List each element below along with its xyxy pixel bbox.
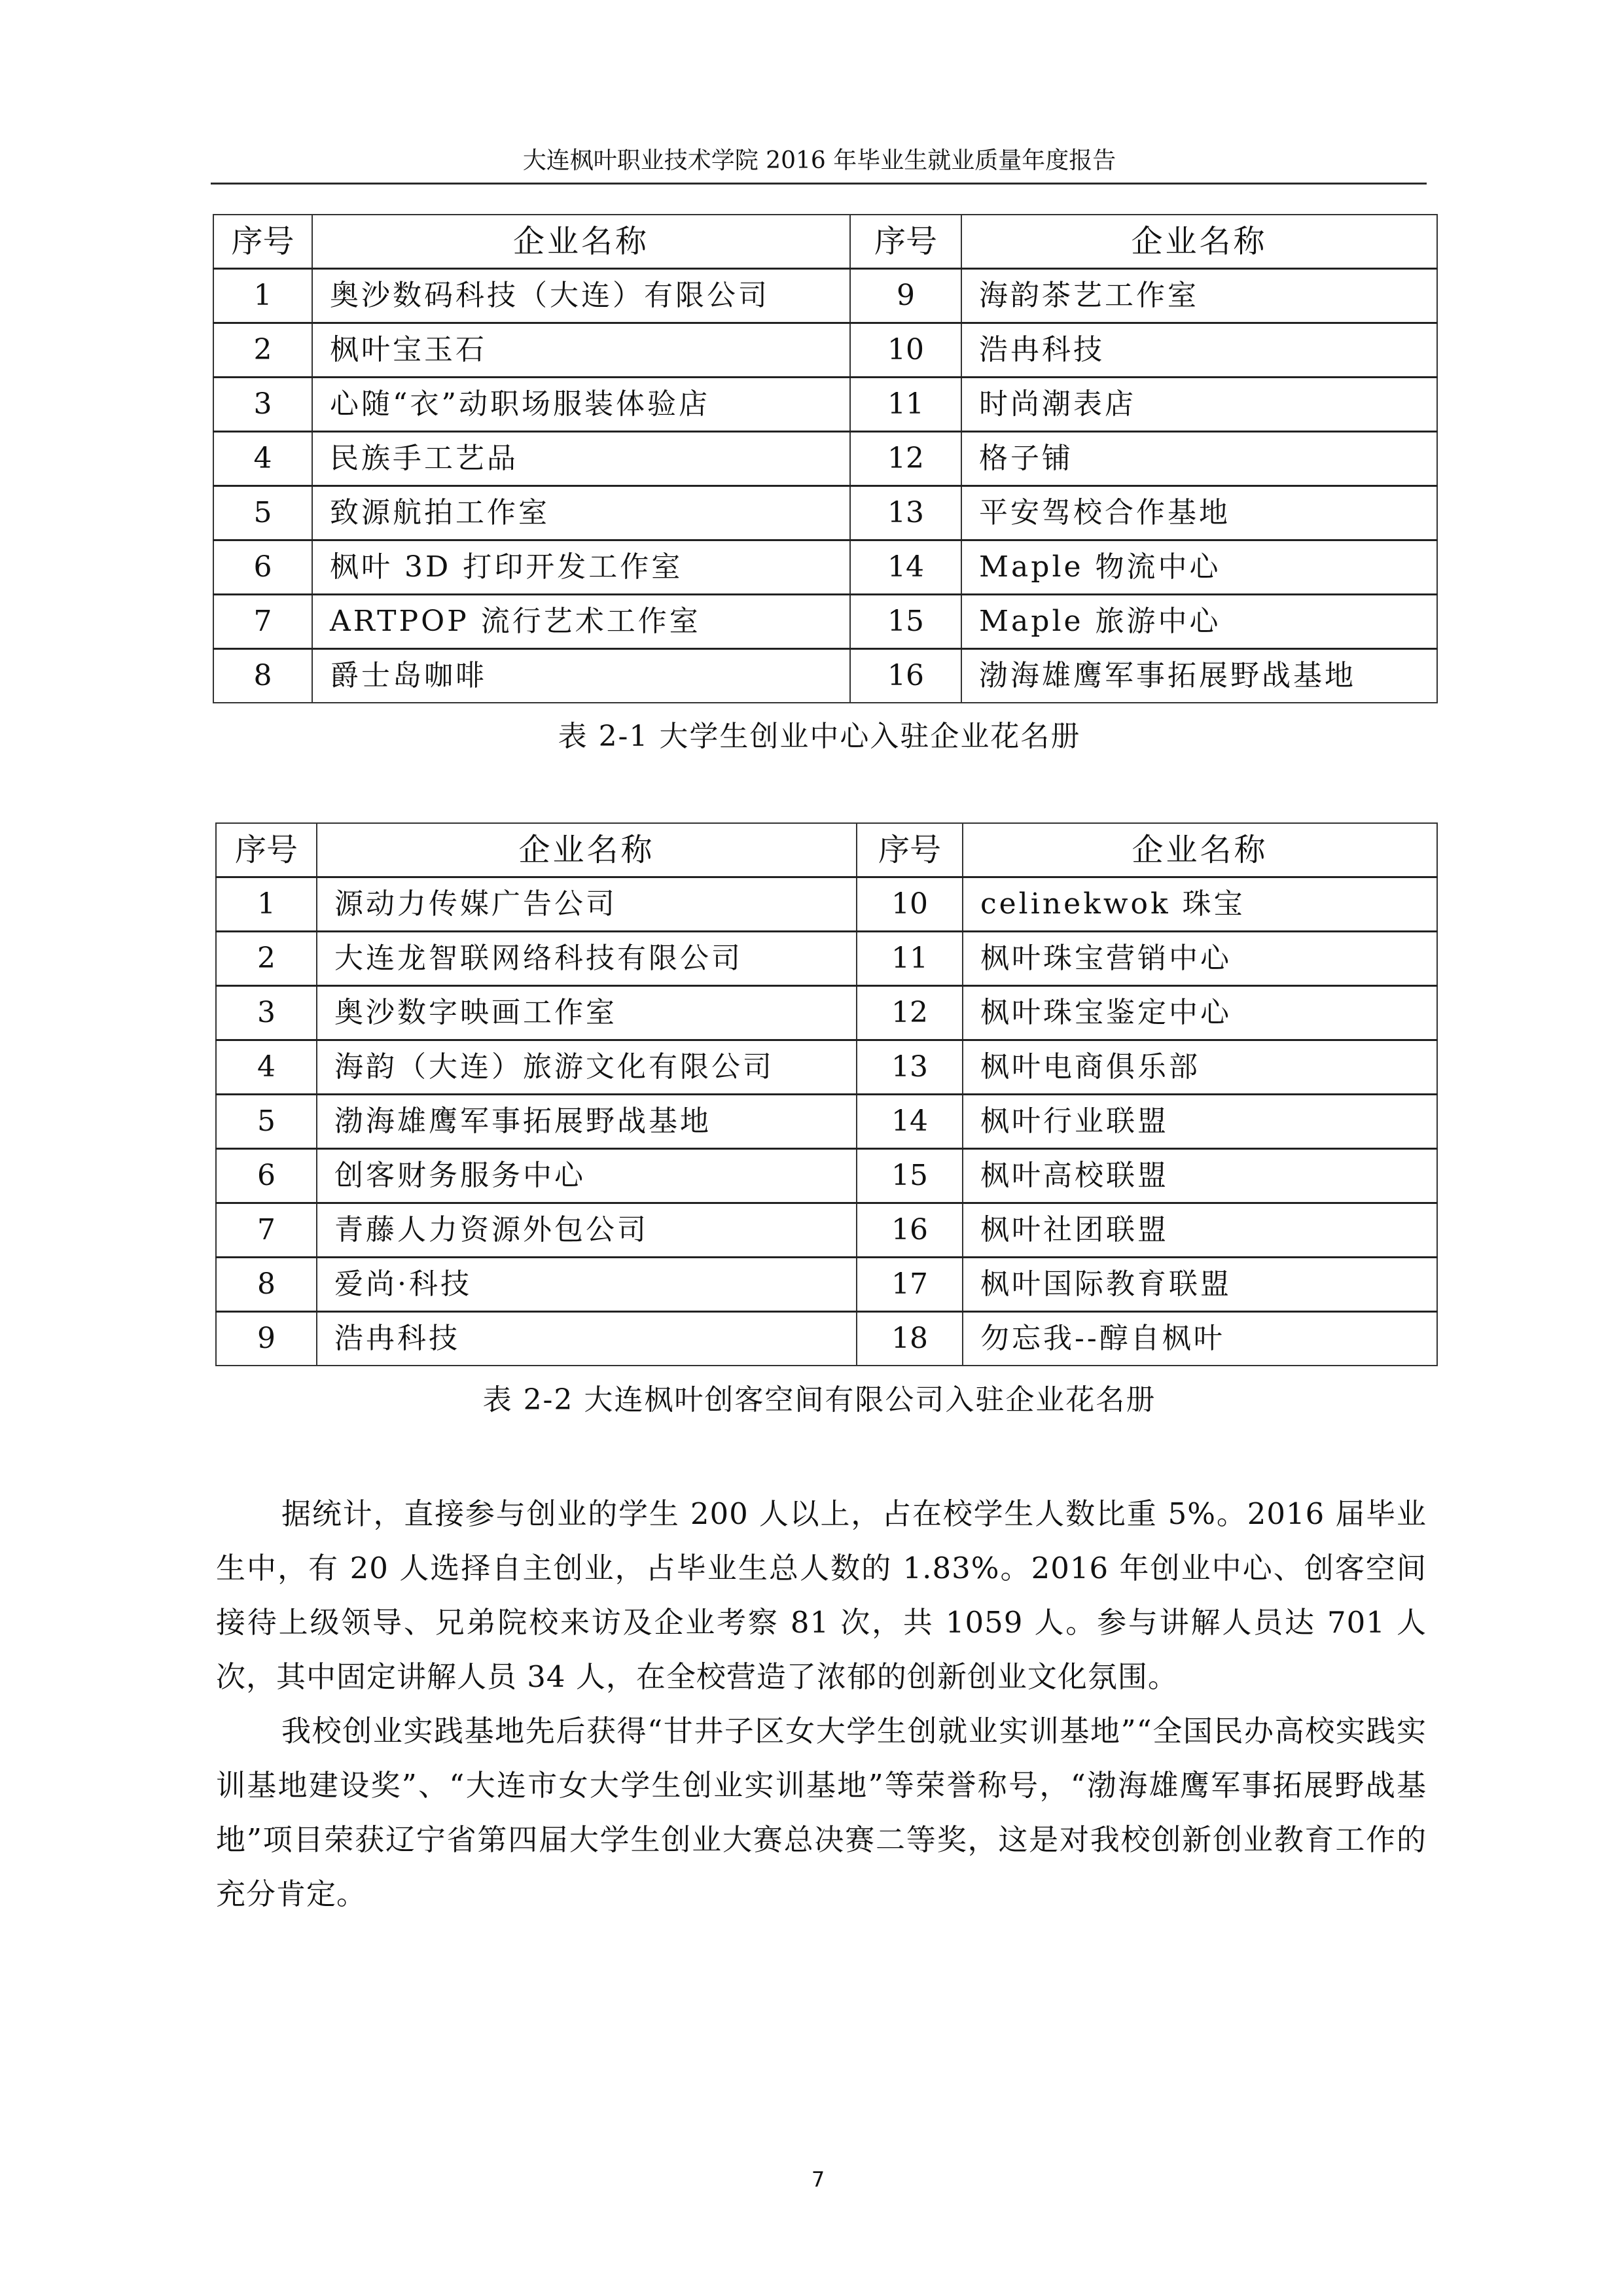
table-row: 2枫叶宝玉石10浩冉科技 — [213, 323, 1437, 378]
row-number: 6 — [216, 1149, 317, 1203]
table-row: 5致源航拍工作室13平安驾校合作基地 — [213, 486, 1437, 540]
enterprise-name: 致源航拍工作室 — [312, 486, 850, 540]
table-row: 8爵士岛咖啡16渤海雄鹰军事拓展野战基地 — [213, 649, 1437, 703]
row-number: 10 — [857, 877, 963, 932]
enterprise-name: 海韵（大连）旅游文化有限公司 — [317, 1040, 857, 1095]
header-rule — [211, 183, 1427, 185]
enterprise-name: 时尚潮表店 — [961, 378, 1437, 432]
table-row: 1源动力传媒广告公司10celinekwok 珠宝 — [216, 877, 1437, 932]
table-row: 7青藤人力资源外包公司16枫叶社团联盟 — [216, 1203, 1437, 1258]
table-header-row: 序号 企业名称 序号 企业名称 — [216, 823, 1437, 877]
row-number: 7 — [216, 1203, 317, 1258]
enterprise-name: 枫叶珠宝营销中心 — [963, 932, 1437, 986]
row-number: 15 — [850, 595, 961, 649]
enterprise-name: 枫叶高校联盟 — [963, 1149, 1437, 1203]
row-number: 12 — [850, 432, 961, 486]
column-header-no: 序号 — [213, 215, 312, 269]
row-number: 16 — [850, 649, 961, 703]
enterprise-name: celinekwok 珠宝 — [963, 877, 1437, 932]
table-row: 3奥沙数字映画工作室12枫叶珠宝鉴定中心 — [216, 986, 1437, 1040]
row-number: 16 — [857, 1203, 963, 1258]
enterprise-roster-table-2: 序号 企业名称 序号 企业名称 1源动力传媒广告公司10celinekwok 珠… — [215, 822, 1438, 1366]
table-row: 8爱尚·科技17枫叶国际教育联盟 — [216, 1258, 1437, 1312]
enterprise-name: 源动力传媒广告公司 — [317, 877, 857, 932]
row-number: 18 — [857, 1312, 963, 1366]
enterprise-name: 枫叶国际教育联盟 — [963, 1258, 1437, 1312]
enterprise-name: 民族手工艺品 — [312, 432, 850, 486]
table-row: 6创客财务服务中心15枫叶高校联盟 — [216, 1149, 1437, 1203]
row-number: 4 — [213, 432, 312, 486]
row-number: 14 — [850, 540, 961, 595]
enterprise-name: ARTPOP 流行艺术工作室 — [312, 595, 850, 649]
enterprise-name: 格子铺 — [961, 432, 1437, 486]
paragraph-honors: 我校创业实践基地先后获得“甘井子区女大学生创就业实训基地”“全国民办高校实践实训… — [216, 1704, 1427, 1921]
table-row: 4民族手工艺品12格子铺 — [213, 432, 1437, 486]
enterprise-name: 渤海雄鹰军事拓展野战基地 — [961, 649, 1437, 703]
row-number: 11 — [857, 932, 963, 986]
enterprise-name: 枫叶 3D 打印开发工作室 — [312, 540, 850, 595]
row-number: 5 — [216, 1095, 317, 1149]
enterprise-name: Maple 旅游中心 — [961, 595, 1437, 649]
enterprise-name: 大连龙智联网络科技有限公司 — [317, 932, 857, 986]
column-header-no: 序号 — [216, 823, 317, 877]
table-row: 9浩冉科技18勿忘我--醇自枫叶 — [216, 1312, 1437, 1366]
row-number: 2 — [216, 932, 317, 986]
row-number: 11 — [850, 378, 961, 432]
enterprise-name: 爵士岛咖啡 — [312, 649, 850, 703]
enterprise-name: 枫叶宝玉石 — [312, 323, 850, 378]
body-text: 据统计，直接参与创业的学生 200 人以上，占在校学生人数比重 5%。2016 … — [216, 1487, 1427, 1921]
enterprise-name: 心随“衣”动职场服装体验店 — [312, 378, 850, 432]
row-number: 4 — [216, 1040, 317, 1095]
row-number: 2 — [213, 323, 312, 378]
paragraph-statistics: 据统计，直接参与创业的学生 200 人以上，占在校学生人数比重 5%。2016 … — [216, 1487, 1427, 1704]
table-row: 7ARTPOP 流行艺术工作室15Maple 旅游中心 — [213, 595, 1437, 649]
row-number: 13 — [857, 1040, 963, 1095]
enterprise-name: 勿忘我--醇自枫叶 — [963, 1312, 1437, 1366]
row-number: 3 — [213, 378, 312, 432]
column-header-name: 企业名称 — [963, 823, 1437, 877]
page-number: 7 — [753, 2167, 883, 2192]
enterprise-name: 海韵茶艺工作室 — [961, 269, 1437, 323]
enterprise-name: 枫叶行业联盟 — [963, 1095, 1437, 1149]
enterprise-name: 平安驾校合作基地 — [961, 486, 1437, 540]
enterprise-name: 奥沙数码科技（大连）有限公司 — [312, 269, 850, 323]
row-number: 8 — [216, 1258, 317, 1312]
enterprise-name: 创客财务服务中心 — [317, 1149, 857, 1203]
row-number: 13 — [850, 486, 961, 540]
table-row: 6枫叶 3D 打印开发工作室14Maple 物流中心 — [213, 540, 1437, 595]
enterprise-name: 青藤人力资源外包公司 — [317, 1203, 857, 1258]
enterprise-roster-table-1: 序号 企业名称 序号 企业名称 1奥沙数码科技（大连）有限公司9海韵茶艺工作室 … — [213, 214, 1438, 703]
enterprise-name: 枫叶电商俱乐部 — [963, 1040, 1437, 1095]
enterprise-name: 枫叶珠宝鉴定中心 — [963, 986, 1437, 1040]
row-number: 8 — [213, 649, 312, 703]
column-header-no: 序号 — [850, 215, 961, 269]
table-row: 4海韵（大连）旅游文化有限公司13枫叶电商俱乐部 — [216, 1040, 1437, 1095]
row-number: 12 — [857, 986, 963, 1040]
row-number: 1 — [213, 269, 312, 323]
table-header-row: 序号 企业名称 序号 企业名称 — [213, 215, 1437, 269]
row-number: 5 — [213, 486, 312, 540]
table-row: 3心随“衣”动职场服装体验店11时尚潮表店 — [213, 378, 1437, 432]
enterprise-name: 渤海雄鹰军事拓展野战基地 — [317, 1095, 857, 1149]
row-number: 7 — [213, 595, 312, 649]
enterprise-name: 奥沙数字映画工作室 — [317, 986, 857, 1040]
enterprise-name: 浩冉科技 — [961, 323, 1437, 378]
table-caption-1: 表 2-1 大学生创业中心入驻企业花名册 — [211, 718, 1428, 755]
row-number: 6 — [213, 540, 312, 595]
row-number: 10 — [850, 323, 961, 378]
row-number: 1 — [216, 877, 317, 932]
column-header-name: 企业名称 — [961, 215, 1437, 269]
row-number: 14 — [857, 1095, 963, 1149]
column-header-name: 企业名称 — [317, 823, 857, 877]
enterprise-name: 枫叶社团联盟 — [963, 1203, 1437, 1258]
table-caption-2: 表 2-2 大连枫叶创客空间有限公司入驻企业花名册 — [211, 1382, 1428, 1419]
table-row: 2大连龙智联网络科技有限公司11枫叶珠宝营销中心 — [216, 932, 1437, 986]
row-number: 9 — [216, 1312, 317, 1366]
row-number: 15 — [857, 1149, 963, 1203]
running-header: 大连枫叶职业技术学院 2016 年毕业生就业质量年度报告 — [211, 145, 1428, 177]
column-header-name: 企业名称 — [312, 215, 850, 269]
table-row: 1奥沙数码科技（大连）有限公司9海韵茶艺工作室 — [213, 269, 1437, 323]
row-number: 17 — [857, 1258, 963, 1312]
enterprise-name: 浩冉科技 — [317, 1312, 857, 1366]
enterprise-name: Maple 物流中心 — [961, 540, 1437, 595]
table-row: 5渤海雄鹰军事拓展野战基地14枫叶行业联盟 — [216, 1095, 1437, 1149]
column-header-no: 序号 — [857, 823, 963, 877]
row-number: 3 — [216, 986, 317, 1040]
enterprise-name: 爱尚·科技 — [317, 1258, 857, 1312]
row-number: 9 — [850, 269, 961, 323]
